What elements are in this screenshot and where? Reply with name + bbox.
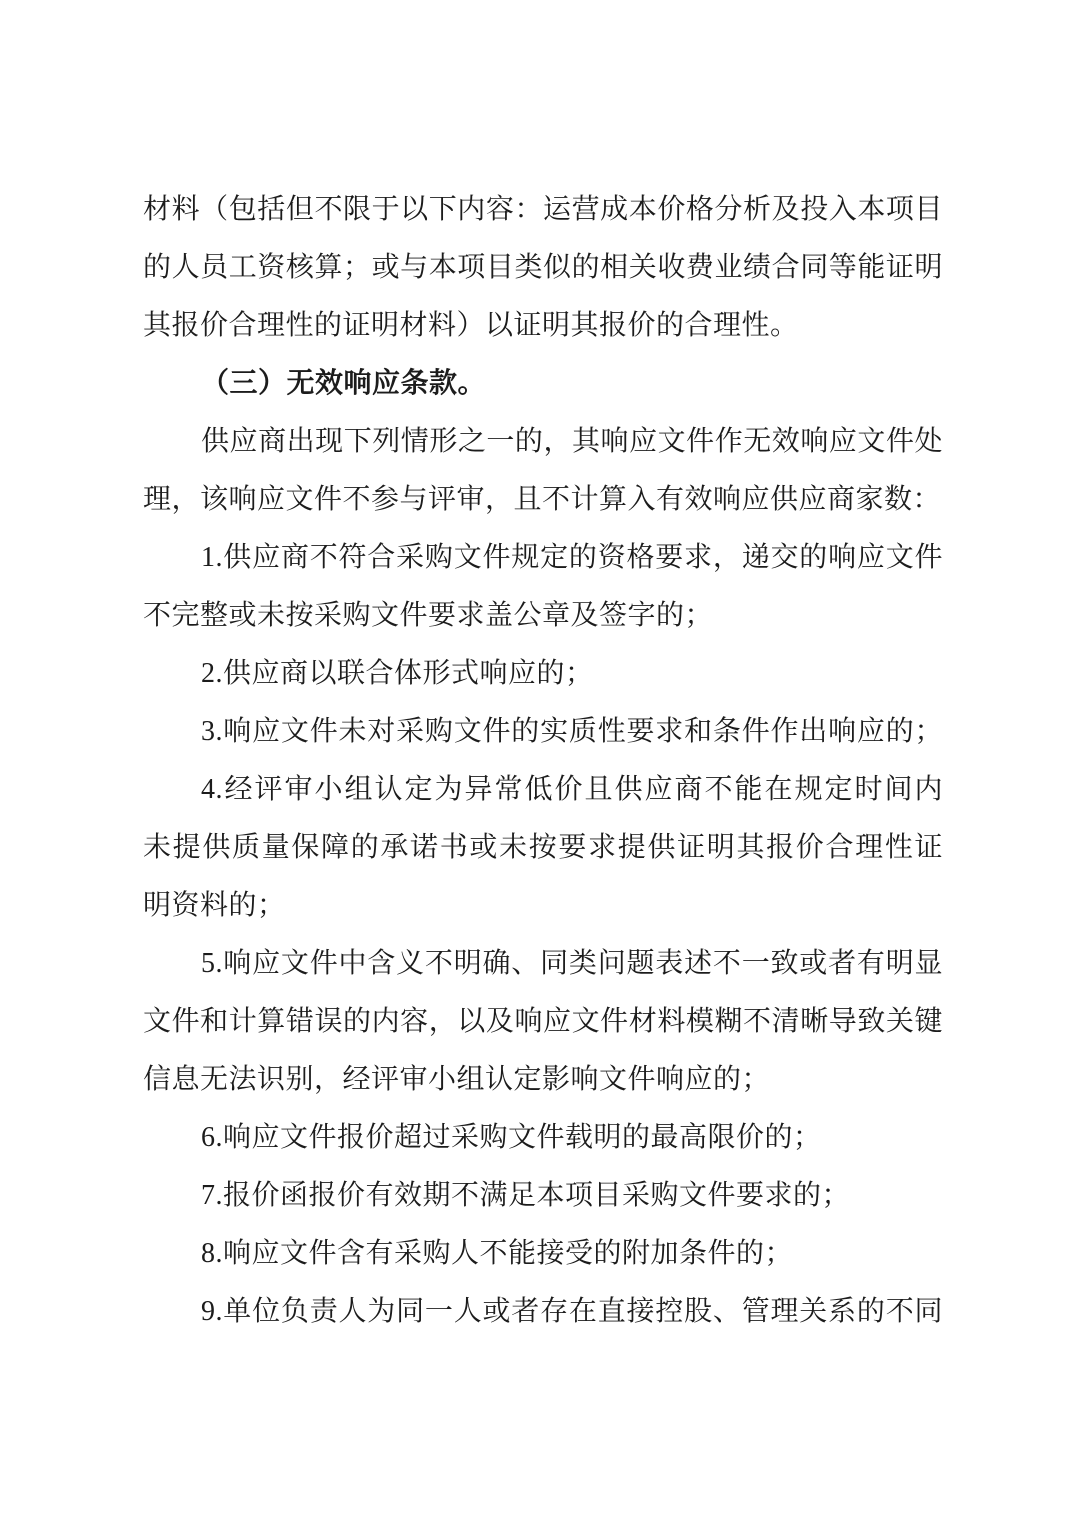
document-page: 材料（包括但不限于以下内容：运营成本价格分析及投入本项目 的人员工资核算；或与本…: [0, 0, 1074, 1520]
doc-line-item-9: 9.单位负责人为同一人或者存在直接控股、管理关系的不同: [143, 1283, 943, 1341]
doc-line-item-2: 2.供应商以联合体形式响应的；: [143, 645, 943, 703]
doc-line-1: 材料（包括但不限于以下内容：运营成本价格分析及投入本项目: [143, 181, 943, 239]
doc-line-2: 的人员工资核算；或与本项目类似的相关收费业绩合同等能证明: [143, 239, 943, 297]
doc-heading-invalid-response-clause: （三）无效响应条款。: [143, 355, 943, 413]
doc-line-15: 文件和计算错误的内容，以及响应文件材料模糊不清晰导致关键: [143, 993, 943, 1051]
doc-line-item-4: 4.经评审小组认定为异常低价且供应商不能在规定时间内: [143, 761, 943, 819]
doc-line-6: 理，该响应文件不参与评审，且不计算入有效响应供应商家数：: [143, 471, 943, 529]
doc-line-13: 明资料的；: [143, 877, 943, 935]
document-text-block: 材料（包括但不限于以下内容：运营成本价格分析及投入本项目 的人员工资核算；或与本…: [143, 181, 943, 1341]
doc-line-item-5: 5.响应文件中含义不明确、同类问题表述不一致或者有明显: [143, 935, 943, 993]
doc-line-item-3: 3.响应文件未对采购文件的实质性要求和条件作出响应的；: [143, 703, 943, 761]
doc-line-3: 其报价合理性的证明材料）以证明其报价的合理性。: [143, 297, 943, 355]
doc-line-16: 信息无法识别，经评审小组认定影响文件响应的；: [143, 1051, 943, 1109]
doc-line-item-8: 8.响应文件含有采购人不能接受的附加条件的；: [143, 1225, 943, 1283]
doc-line-8: 不完整或未按采购文件要求盖公章及签字的；: [143, 587, 943, 645]
doc-line-5: 供应商出现下列情形之一的，其响应文件作无效响应文件处: [143, 413, 943, 471]
doc-line-item-7: 7.报价函报价有效期不满足本项目采购文件要求的；: [143, 1167, 943, 1225]
doc-line-item-1: 1.供应商不符合采购文件规定的资格要求，递交的响应文件: [143, 529, 943, 587]
doc-line-12: 未提供质量保障的承诺书或未按要求提供证明其报价合理性证: [143, 819, 943, 877]
doc-line-item-6: 6.响应文件报价超过采购文件载明的最高限价的；: [143, 1109, 943, 1167]
